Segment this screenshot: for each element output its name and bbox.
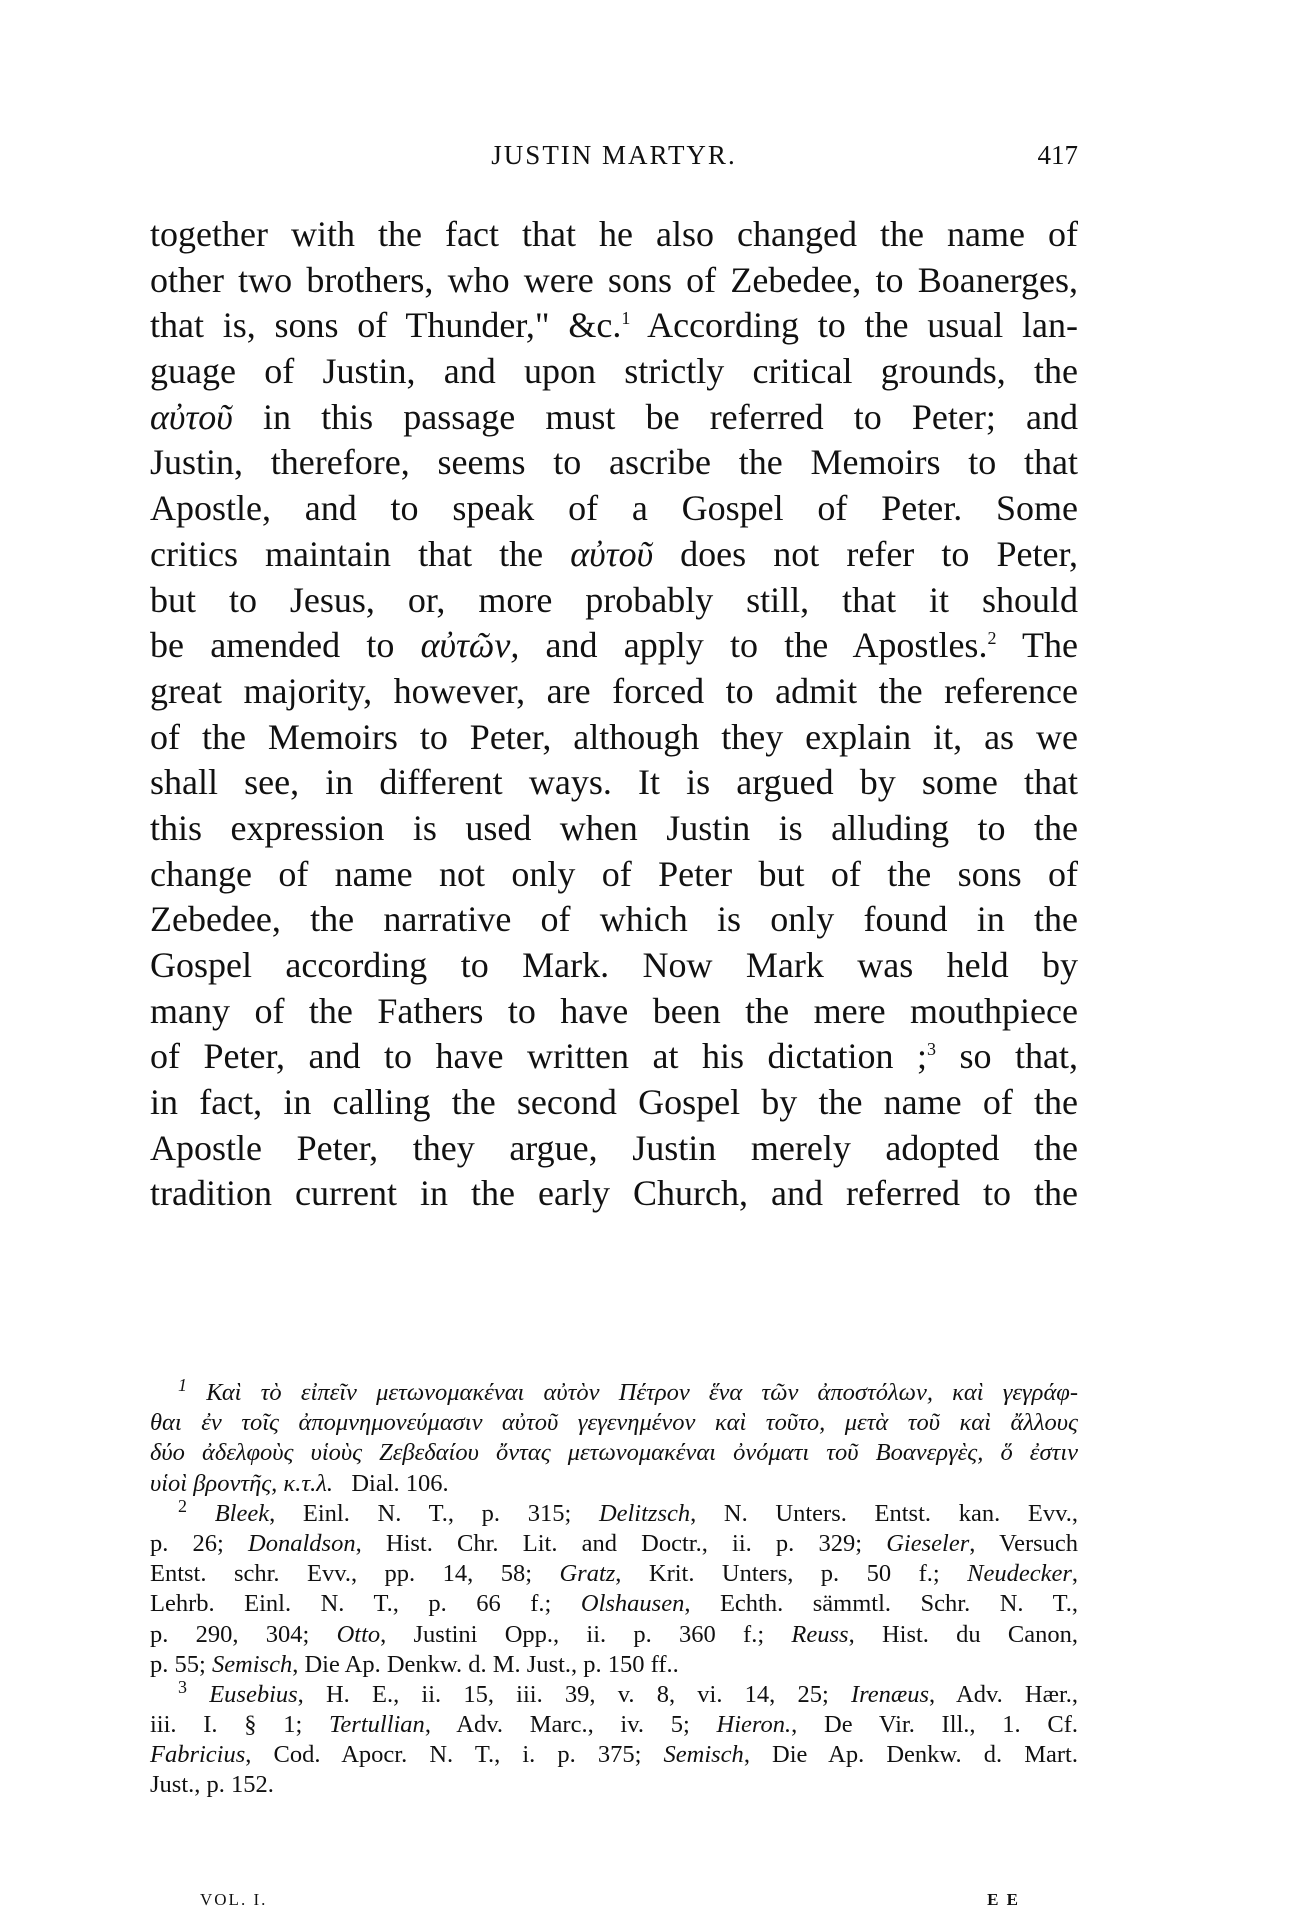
text-line: Apostle, and to speak of a Gospel of Pet… — [150, 486, 1078, 532]
citation: , — [1072, 1560, 1078, 1587]
citation: , Einl. N. T., p. 315; — [269, 1500, 599, 1527]
footnote-1-line: θαι ἐν τοῖς ἀπομνημονεύμασιν αὐτοῦ γεγεν… — [150, 1408, 1078, 1438]
citation: , Echth. sämmtl. Schr. N. T., — [684, 1590, 1078, 1617]
footnotes: 1 Καὶ τὸ εἰπεῖν μετωνομακέναι αὐτὸν Πέτρ… — [150, 1378, 1078, 1801]
book-page: JUSTIN MARTYR. 417 together with the fac… — [0, 0, 1292, 1925]
text-line: shall see, in different ways. It is argu… — [150, 760, 1078, 806]
text-line: that is, sons of Thunder," &c.1 Accordin… — [150, 303, 1078, 349]
text-line: of Peter, and to have written at his dic… — [150, 1034, 1078, 1080]
footnote-ref-3[interactable]: 3 — [927, 1039, 936, 1059]
author: Irenæus — [851, 1681, 929, 1708]
author: Gieseler — [886, 1530, 969, 1557]
text-line: great majority, however, are forced to a… — [150, 669, 1078, 715]
footnote-3-line: Fabricius, Cod. Apocr. N. T., i. p. 375;… — [150, 1740, 1078, 1770]
footnote-2-line: 2 Bleek, Einl. N. T., p. 315; Delitzsch,… — [150, 1499, 1078, 1529]
citation: Dial. 106. — [351, 1470, 448, 1497]
footnote-3-line: iii. I. § 1; Tertullian, Adv. Marc., iv.… — [150, 1710, 1078, 1740]
text-line: critics maintain that the αὐτοῦ does not… — [150, 532, 1078, 578]
text-line: together with the fact that he also chan… — [150, 212, 1078, 258]
greek-text: υἱοὶ βροντῆς, κ.τ.λ. — [150, 1470, 333, 1497]
citation: p. 290, 304; — [150, 1621, 337, 1648]
text-line: change of name not only of Peter but of … — [150, 852, 1078, 898]
footnote-2-line: p. 55; Semisch, Die Ap. Denkw. d. M. Jus… — [150, 1650, 1078, 1680]
signature-mark: E E — [987, 1890, 1020, 1910]
author: Gratz — [559, 1560, 615, 1587]
text-line: many of the Fathers to have been the mer… — [150, 989, 1078, 1035]
footnote-ref-1[interactable]: 1 — [621, 308, 630, 328]
author: Otto — [337, 1621, 381, 1648]
citation: , De Vir. Ill., 1. Cf. — [791, 1711, 1078, 1738]
author: Donaldson — [248, 1530, 356, 1557]
citation: , Cod. Apocr. N. T., i. p. 375; — [245, 1741, 663, 1768]
citation: p. 55; — [150, 1651, 212, 1678]
footnote-marker: 2 — [178, 1496, 187, 1516]
citation: iii. I. § 1; — [150, 1711, 329, 1738]
citation: , Versuch — [969, 1530, 1078, 1557]
citation: Lehrb. Einl. N. T., p. 66 f.; — [150, 1590, 581, 1617]
footnote-2-line: Entst. schr. Evv., pp. 14, 58; Gratz, Kr… — [150, 1559, 1078, 1589]
text-line: but to Jesus, or, more probably still, t… — [150, 578, 1078, 624]
author: Fabricius — [150, 1741, 245, 1768]
citation: , Hist. du Canon, — [849, 1621, 1078, 1648]
footnote-1-line: υἱοὶ βροντῆς, κ.τ.λ. Dial. 106. — [150, 1469, 1078, 1499]
citation: , Hist. Chr. Lit. and Doctr., ii. p. 329… — [356, 1530, 887, 1557]
footnote-3-line: 3 Eusebius, H. E., ii. 15, iii. 39, v. 8… — [150, 1680, 1078, 1710]
author: Semisch — [212, 1651, 292, 1678]
footnote-3-line: Just., p. 152. — [150, 1770, 1078, 1800]
greek-word: αὐτῶν, — [421, 625, 520, 665]
greek-word: αὐτοῦ — [570, 534, 653, 574]
text-line: be amended to αὐτῶν, and apply to the Ap… — [150, 623, 1078, 669]
citation: Entst. schr. Evv., pp. 14, 58; — [150, 1560, 559, 1587]
footnote-2-line: Lehrb. Einl. N. T., p. 66 f.; Olshausen,… — [150, 1589, 1078, 1619]
text-line: this expression is used when Justin is a… — [150, 806, 1078, 852]
text-span: According to the usual lan- — [630, 305, 1078, 345]
author: Tertullian — [329, 1711, 425, 1738]
citation: , Die Ap. Denkw. d. M. Just., p. 150 ff.… — [292, 1651, 679, 1678]
text-span: so that, — [936, 1036, 1078, 1076]
page-number: 417 — [1038, 140, 1079, 171]
citation: , H. E., ii. 15, iii. 39, v. 8, vi. 14, … — [298, 1681, 851, 1708]
volume-mark: VOL. I. — [200, 1890, 267, 1910]
author: Delitzsch — [599, 1500, 690, 1527]
author: Bleek — [215, 1500, 269, 1527]
text-span: critics maintain that the — [150, 534, 543, 574]
text-span: in this passage must be referred to Pete… — [233, 397, 1078, 437]
text-line: Gospel according to Mark. Now Mark was h… — [150, 943, 1078, 989]
author: Hieron. — [717, 1711, 792, 1738]
citation: , Justini Opp., ii. p. 360 f.; — [380, 1621, 791, 1648]
text-line: tradition current in the early Church, a… — [150, 1171, 1078, 1217]
text-span: that is, sons of Thunder," &c. — [150, 305, 621, 345]
text-line: Justin, therefore, seems to ascribe the … — [150, 440, 1078, 486]
author: Olshausen — [581, 1590, 684, 1617]
text-span: does not refer to Peter, — [653, 534, 1078, 574]
text-span: The — [996, 625, 1078, 665]
text-line: Zebedee, the narrative of which is only … — [150, 897, 1078, 943]
text-span: and apply to the Apostles. — [519, 625, 987, 665]
greek-text: Καὶ τὸ εἰπεῖν μετωνομακέναι αὐτὸν Πέτρον… — [206, 1379, 1078, 1406]
text-line: in fact, in calling the second Gospel by… — [150, 1080, 1078, 1126]
footnote-1-line: δύο ἀδελφοὺς υἱοὺς Ζεβεδαίου ὄντας μετων… — [150, 1438, 1078, 1468]
greek-word: αὐτοῦ — [150, 397, 233, 437]
citation: , Krit. Unters, p. 50 f.; — [615, 1560, 967, 1587]
footnote-2-line: p. 26; Donaldson, Hist. Chr. Lit. and Do… — [150, 1529, 1078, 1559]
text-span: of Peter, and to have written at his dic… — [150, 1036, 927, 1076]
footnote-marker: 3 — [178, 1677, 187, 1697]
citation: , N. Unters. Entst. kan. Evv., — [690, 1500, 1078, 1527]
citation: , Adv. Marc., iv. 5; — [425, 1711, 717, 1738]
citation: , Adv. Hær., — [929, 1681, 1078, 1708]
main-text: together with the fact that he also chan… — [150, 212, 1078, 1217]
running-title: JUSTIN MARTYR. — [150, 140, 1078, 171]
text-line: Apostle Peter, they argue, Justin merely… — [150, 1126, 1078, 1172]
footnote-2-line: p. 290, 304; Otto, Justini Opp., ii. p. … — [150, 1620, 1078, 1650]
author: Reuss — [791, 1621, 848, 1648]
author: Neudecker — [967, 1560, 1072, 1587]
text-line: guage of Justin, and upon strictly criti… — [150, 349, 1078, 395]
author: Eusebius — [209, 1681, 297, 1708]
text-span: be amended to — [150, 625, 394, 665]
author: Semisch — [664, 1741, 744, 1768]
citation: , Die Ap. Denkw. d. Mart. — [744, 1741, 1078, 1768]
page-header: JUSTIN MARTYR. 417 — [150, 140, 1078, 180]
footnote-1-line: 1 Καὶ τὸ εἰπεῖν μετωνομακέναι αὐτὸν Πέτρ… — [150, 1378, 1078, 1408]
text-line: other two brothers, who were sons of Zeb… — [150, 258, 1078, 304]
text-line: of the Memoirs to Peter, although they e… — [150, 715, 1078, 761]
footnote-marker: 1 — [178, 1375, 187, 1395]
text-line: αὐτοῦ in this passage must be referred t… — [150, 395, 1078, 441]
citation: p. 26; — [150, 1530, 248, 1557]
